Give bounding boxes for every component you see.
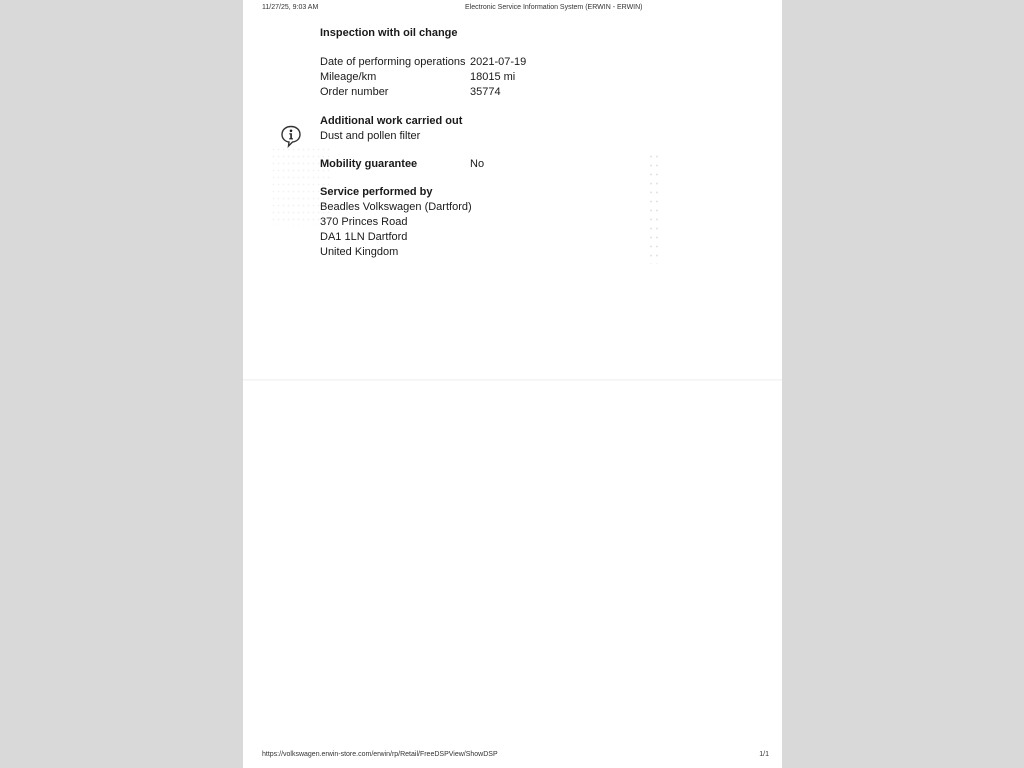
page-fold-line	[243, 379, 782, 381]
field-value: 2021-07-19	[470, 55, 526, 70]
document-title: Inspection with oil change	[320, 26, 526, 41]
dealer-country: United Kingdom	[320, 245, 526, 260]
field-mileage: Mileage/km 18015 mi	[320, 70, 526, 85]
info-icon	[279, 124, 303, 148]
document-content: Inspection with oil change Date of perfo…	[320, 26, 526, 260]
print-header-title: Electronic Service Information System (E…	[465, 4, 643, 11]
print-date: 11/27/25, 9:03 AM	[262, 4, 318, 11]
field-value: 18015 mi	[470, 70, 515, 85]
additional-work-section: Additional work carried out Dust and pol…	[320, 114, 526, 144]
dealer-city: DA1 1LN Dartford	[320, 230, 526, 245]
scan-noise	[648, 152, 660, 264]
field-date: Date of performing operations 2021-07-19	[320, 55, 526, 70]
field-value: 35774	[470, 85, 501, 100]
field-order-number: Order number 35774	[320, 85, 526, 100]
additional-work-label: Additional work carried out	[320, 114, 526, 129]
field-label: Date of performing operations	[320, 55, 470, 70]
print-footer-url: https://volkswagen.erwin-store.com/erwin…	[262, 751, 498, 758]
additional-work-item: Dust and pollen filter	[320, 129, 526, 144]
field-label: Mileage/km	[320, 70, 470, 85]
document-page: 11/27/25, 9:03 AM Electronic Service Inf…	[243, 0, 782, 768]
page-number: 1/1	[759, 751, 769, 758]
dealer-name: Beadles Volkswagen (Dartford)	[320, 200, 526, 215]
dealer-street: 370 Princes Road	[320, 215, 526, 230]
field-label: Order number	[320, 85, 470, 100]
mobility-guarantee-value: No	[470, 157, 484, 172]
service-performed-section: Service performed by Beadles Volkswagen …	[320, 185, 526, 260]
mobility-guarantee-label: Mobility guarantee	[320, 157, 470, 172]
mobility-guarantee-row: Mobility guarantee No	[320, 157, 526, 172]
service-performed-label: Service performed by	[320, 185, 526, 200]
